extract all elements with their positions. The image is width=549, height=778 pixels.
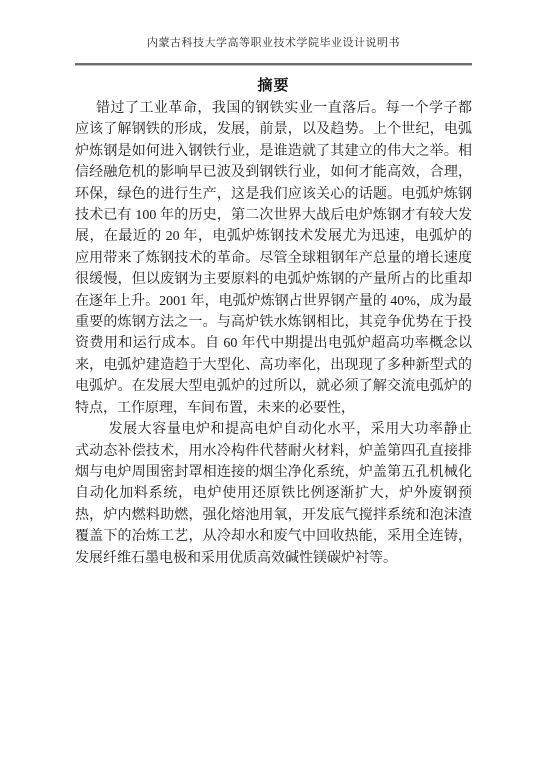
paragraph-abstract-2: 发展大容量电炉和提高电炉自动化水平，采用大功率静止式动态补偿技术，用水冷构件代替… — [75, 419, 472, 569]
page-title: 摘要 — [75, 74, 472, 95]
paragraph-abstract-1: 错过了工业革命，我国的钢铁实业一直落后。每一个学子都应该了解钢铁的形成，发展，前… — [75, 98, 472, 419]
document-content: 内蒙古科技大学高等职业技术学院毕业设计说明书 摘要 错过了工业革命，我国的钢铁实… — [0, 0, 549, 569]
header-divider — [75, 63, 472, 66]
document-header: 内蒙古科技大学高等职业技术学院毕业设计说明书 — [75, 34, 472, 50]
document-page: 内蒙古科技大学高等职业技术学院毕业设计说明书 摘要 错过了工业革命，我国的钢铁实… — [0, 0, 549, 778]
document-body: 错过了工业革命，我国的钢铁实业一直落后。每一个学子都应该了解钢铁的形成，发展，前… — [75, 98, 472, 569]
